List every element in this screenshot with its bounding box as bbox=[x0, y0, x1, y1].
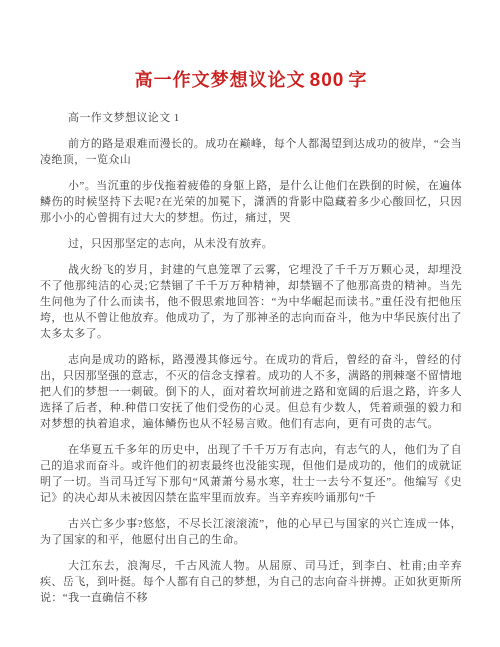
essay-paragraph-7: 古兴亡多少事?悠悠，不尽长江滚滚流”，他的心早已与国家的兴亡连成一体，为了国家的… bbox=[40, 516, 462, 548]
page-title-suffix: 字 bbox=[348, 70, 367, 90]
page-title-number: 800 bbox=[310, 70, 345, 91]
document-page: 高一作文梦想议论文800字 高一作文梦想议论文 1 前方的路是艰难而漫长的。成功… bbox=[0, 0, 500, 647]
essay-paragraph-2: 小”。当沉重的步伐拖着疲倦的身躯上路，是什么让他们在跌倒的时候，在遍体鳞伤的时候… bbox=[40, 178, 462, 226]
essay-paragraph-4: 战火纷飞的岁月，封建的气息笼罩了云雾，它埋没了千千万万颗心灵，却埋没不了他那纯洁… bbox=[40, 262, 462, 342]
essay-paragraph-8: 大江东去，浪淘尽，千古风流人物。从屈原、司马迁，到李白、杜甫;由辛弃疾、岳飞，到… bbox=[40, 558, 462, 606]
essay-paragraph-5: 志向是成功的路标，路漫漫其修远兮。在成功的背后，曾经的奋斗，曾经的付出，只因那坚… bbox=[40, 352, 462, 432]
page-title: 高一作文梦想议论文800字 bbox=[40, 66, 462, 94]
page-title-prefix: 高一作文梦想议论文 bbox=[135, 70, 306, 90]
essay-paragraph-3: 过，只因那坚定的志向，从未没有放弃。 bbox=[40, 236, 462, 252]
essay-subtitle: 高一作文梦想议论文 1 bbox=[40, 110, 462, 126]
essay-paragraph-6: 在华夏五千多年的历史中，出现了千千万万有志向，有志气的人，他们为了自己的追求而奋… bbox=[40, 442, 462, 506]
essay-paragraph-1: 前方的路是艰难而漫长的。成功在巅峰，每个人都渴望到达成功的彼岸，“会当凌绝顶，一… bbox=[40, 136, 462, 168]
